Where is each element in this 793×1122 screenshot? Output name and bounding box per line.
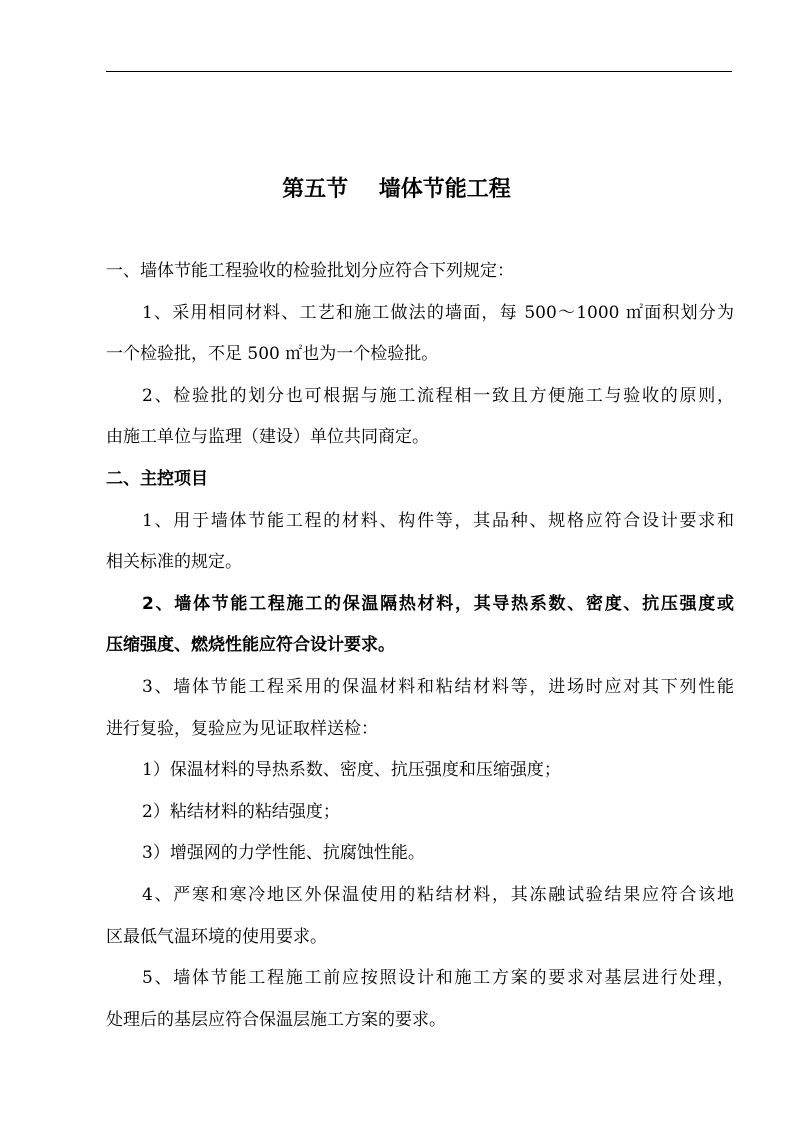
text-line: 2、检验批的划分也可根据与施工流程相一致且方便施工与验收的原则，	[106, 381, 734, 423]
section-heading: 二、主控项目	[106, 464, 734, 506]
text-line: 相关标准的规定。	[106, 547, 734, 589]
header-rule	[106, 71, 732, 72]
text-line: 1、用于墙体节能工程的材料、构件等，其品种、规格应符合设计要求和	[106, 506, 734, 548]
text-line: 3、墙体节能工程采用的保温材料和粘结材料等，进场时应对其下列性能	[106, 672, 734, 714]
text-line: 一个检验批，不足 500 ㎡也为一个检验批。	[106, 339, 734, 381]
text-line: 由施工单位与监理（建设）单位共同商定。	[106, 422, 734, 464]
text-line-emphasis: 压缩强度、燃烧性能应符合设计要求。	[106, 630, 734, 672]
text-line: 5、墙体节能工程施工前应按照设计和施工方案的要求对基层进行处理，	[106, 963, 734, 1005]
text-line: 区最低气温环境的使用要求。	[106, 922, 734, 964]
list-item: 3）增强网的力学性能、抗腐蚀性能。	[106, 838, 734, 880]
text-line: 1、采用相同材料、工艺和施工做法的墙面，每 500～1000 ㎡面积划分为	[106, 298, 734, 340]
section-title: 第五节 墙体节能工程	[0, 172, 793, 203]
text-line-emphasis: 2、墙体节能工程施工的保温隔热材料，其导热系数、密度、抗压强度或	[106, 589, 734, 631]
text-line: 处理后的基层应符合保温层施工方案的要求。	[106, 1005, 734, 1047]
document-body: 一、墙体节能工程验收的检验批划分应符合下列规定： 1、采用相同材料、工艺和施工做…	[106, 256, 734, 1046]
text-line: 一、墙体节能工程验收的检验批划分应符合下列规定：	[106, 256, 734, 298]
text-line: 进行复验，复验应为见证取样送检：	[106, 714, 734, 756]
text-line: 4、严寒和寒冷地区外保温使用的粘结材料，其冻融试验结果应符合该地	[106, 880, 734, 922]
list-item: 1）保温材料的导热系数、密度、抗压强度和压缩强度；	[106, 755, 734, 797]
list-item: 2）粘结材料的粘结强度；	[106, 797, 734, 839]
